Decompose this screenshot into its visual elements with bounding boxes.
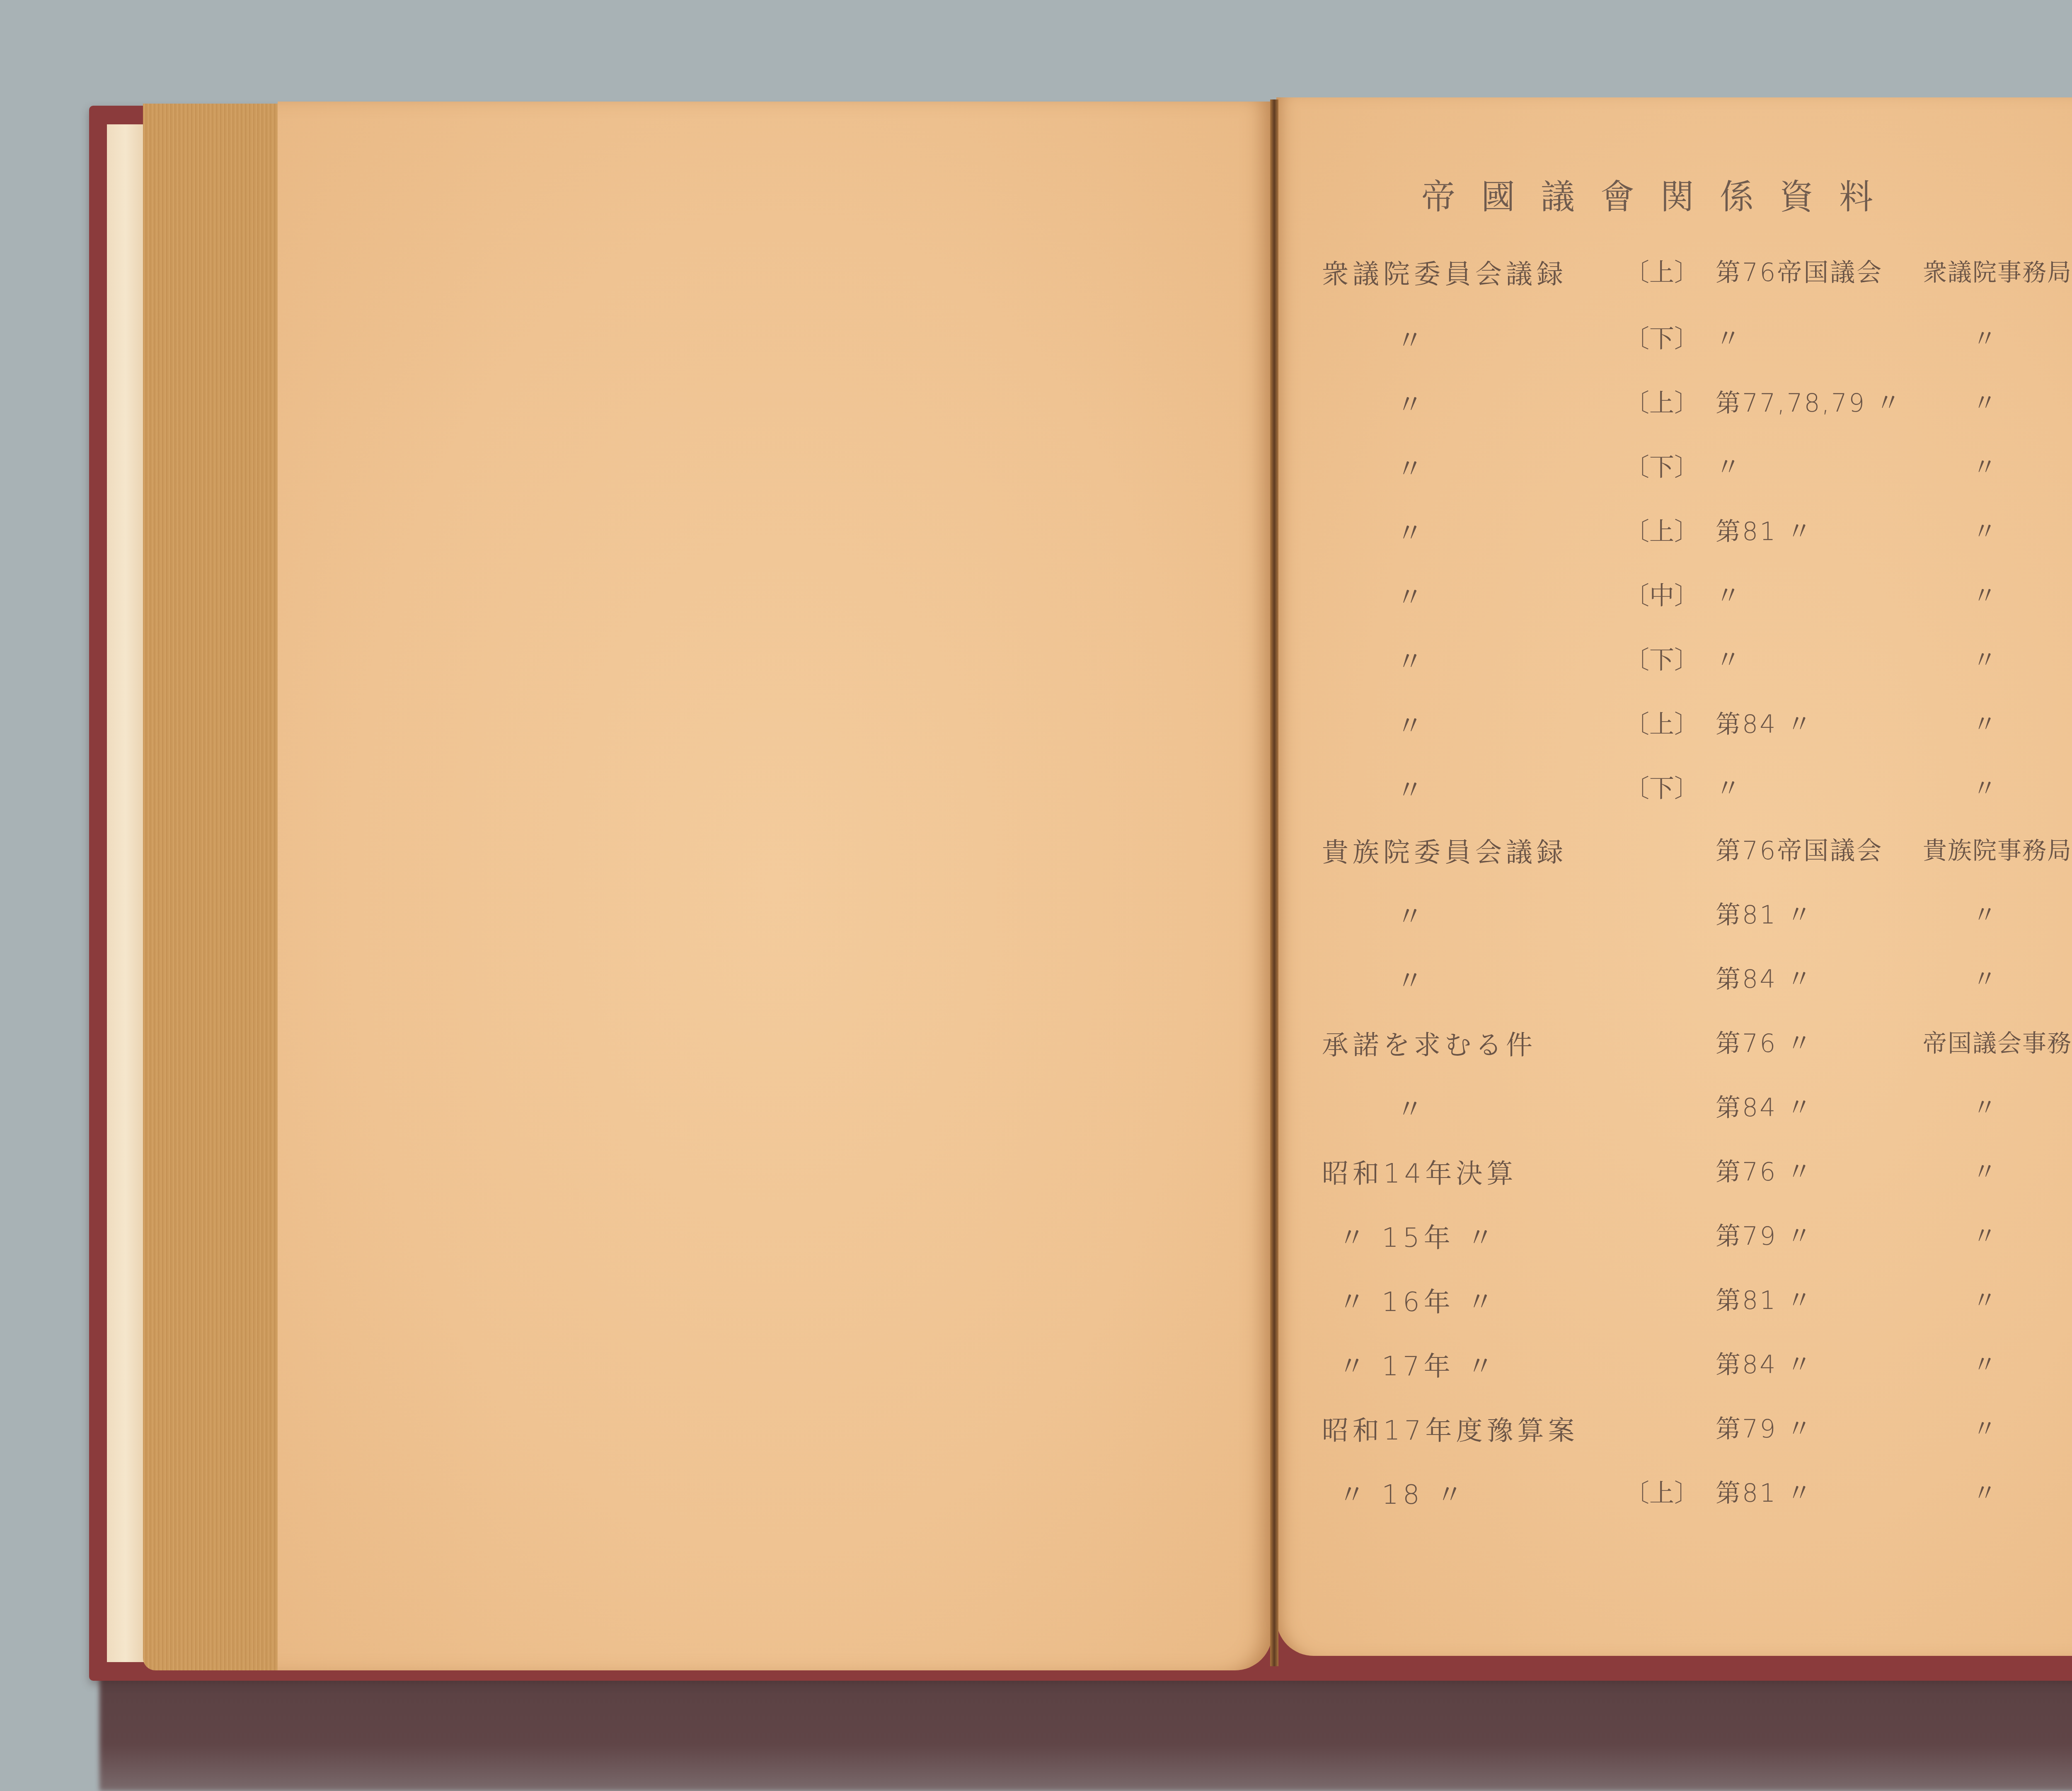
list-row: 〃 18 〃〔上〕第81 〃〃 — [0, 1474, 2072, 1519]
publisher-cell: 〃 — [1973, 1474, 1997, 1508]
publisher-cell: 〃 — [1973, 1217, 1997, 1251]
list-row: 〃〔上〕第77,78,79 〃〃 — [0, 383, 2072, 429]
session-cell: 第79 〃 — [1716, 1409, 1813, 1445]
publisher-cell: 〃 — [1973, 769, 1997, 804]
publisher-cell: 〃 — [1973, 640, 1997, 675]
session-cell: 〃 — [1716, 769, 1742, 805]
publisher-cell: 〃 — [1973, 1088, 1997, 1123]
document-title-cell: 〃 — [1397, 895, 1427, 933]
document-title-cell: 衆議院委員会議録 — [1322, 253, 1567, 291]
volume-cell: 〔下〕 — [1624, 769, 1699, 805]
list-row: 衆議院委員会議録〔上〕第76帝国議会衆議院事務局 — [0, 253, 2072, 298]
document-title-cell: 〃 — [1397, 448, 1427, 486]
publisher-cell: 帝国議会事務局 — [1923, 1024, 2072, 1059]
book-shadow — [99, 1675, 2072, 1791]
list-row: 貴族院委員会議録第76帝国議会貴族院事務局 — [0, 831, 2072, 877]
document-title-cell: 〃 — [1397, 383, 1427, 422]
volume-cell: 〔上〕 — [1624, 383, 1699, 419]
volume-cell: 〔下〕 — [1624, 640, 1699, 676]
publisher-cell: 〃 — [1973, 1409, 1997, 1444]
document-title-cell: 貴族院委員会議録 — [1322, 831, 1567, 869]
list-row: 〃 16年 〃第81 〃〃 — [0, 1281, 2072, 1326]
session-cell: 第81 〃 — [1716, 512, 1813, 548]
session-cell: 第81 〃 — [1716, 1281, 1813, 1316]
document-title-cell: 〃 15年 〃 — [1339, 1217, 1498, 1255]
list-row: 〃第81 〃〃 — [0, 895, 2072, 941]
list-row: 〃〔中〕〃〃 — [0, 576, 2072, 622]
publisher-cell: 〃 — [1973, 319, 1997, 354]
document-title-cell: 昭和14年決算 — [1322, 1152, 1517, 1190]
session-cell: 第81 〃 — [1716, 895, 1813, 931]
publisher-cell: 〃 — [1973, 1152, 1997, 1187]
session-cell: 第79 〃 — [1716, 1217, 1813, 1252]
document-title-cell: 承諾を求むる件 — [1322, 1024, 1537, 1062]
volume-cell: 〔下〕 — [1624, 319, 1699, 355]
document-title-cell: 〃 — [1397, 705, 1427, 743]
session-cell: 第76 〃 — [1716, 1152, 1813, 1188]
session-cell: 第84 〃 — [1716, 705, 1813, 740]
session-cell: 第84 〃 — [1716, 1088, 1813, 1124]
document-title-cell: 〃 — [1397, 319, 1427, 357]
session-cell: 第76帝国議会 — [1716, 253, 1883, 288]
list-row: 〃〔下〕〃〃 — [0, 640, 2072, 686]
document-title-cell: 〃 — [1397, 640, 1427, 679]
document-title-cell: 〃 16年 〃 — [1339, 1281, 1498, 1319]
list-row: 昭和14年決算第76 〃〃 — [0, 1152, 2072, 1198]
list-row: 昭和17年度豫算案第79 〃〃 — [0, 1409, 2072, 1455]
session-cell: 〃 — [1716, 448, 1742, 483]
publisher-cell: 〃 — [1973, 705, 1997, 739]
session-cell: 〃 — [1716, 640, 1742, 676]
list-row: 〃 17年 〃第84 〃〃 — [0, 1345, 2072, 1391]
volume-cell: 〔上〕 — [1624, 512, 1699, 548]
publisher-cell: 〃 — [1973, 448, 1997, 482]
document-title-cell: 昭和17年度豫算案 — [1322, 1409, 1578, 1447]
session-cell: 〃 — [1716, 319, 1742, 355]
document-title-cell: 〃 — [1397, 512, 1427, 550]
volume-cell: 〔上〕 — [1624, 1474, 1699, 1509]
session-cell: 第84 〃 — [1716, 960, 1813, 995]
page-title: 帝國議會関係資料 — [1421, 170, 1899, 218]
publisher-cell: 〃 — [1973, 895, 1997, 930]
publisher-cell: 〃 — [1973, 1345, 1997, 1380]
session-cell: 〃 — [1716, 576, 1742, 612]
document-title-cell: 〃 17年 〃 — [1339, 1345, 1498, 1383]
document-title-cell: 〃 — [1397, 576, 1427, 614]
session-cell: 第84 〃 — [1716, 1345, 1813, 1381]
list-row: 承諾を求むる件第76 〃帝国議会事務局 — [0, 1024, 2072, 1069]
publisher-cell: 〃 — [1973, 512, 1997, 547]
publisher-cell: 〃 — [1973, 576, 1997, 611]
document-title-cell: 〃 — [1397, 1088, 1427, 1126]
document-title-cell: 〃 — [1397, 769, 1427, 807]
session-cell: 第76 〃 — [1716, 1024, 1813, 1059]
publisher-cell: 〃 — [1973, 960, 1997, 994]
list-row: 〃第84 〃〃 — [0, 1088, 2072, 1134]
session-cell: 第81 〃 — [1716, 1474, 1813, 1509]
publisher-cell: 衆議院事務局 — [1923, 253, 2072, 288]
volume-cell: 〔下〕 — [1624, 448, 1699, 483]
list-row: 〃〔下〕〃〃 — [0, 769, 2072, 814]
publisher-cell: 〃 — [1973, 383, 1997, 418]
publisher-cell: 〃 — [1973, 1281, 1997, 1316]
list-row: 〃 15年 〃第79 〃〃 — [0, 1217, 2072, 1262]
list-row: 〃〔下〕〃〃 — [0, 448, 2072, 493]
document-title-cell: 〃 — [1397, 960, 1427, 998]
volume-cell: 〔上〕 — [1624, 253, 1699, 288]
volume-cell: 〔中〕 — [1624, 576, 1699, 612]
publisher-cell: 貴族院事務局 — [1923, 831, 2072, 866]
document-title-cell: 〃 18 〃 — [1339, 1474, 1467, 1512]
volume-cell: 〔上〕 — [1624, 705, 1699, 740]
list-row: 〃〔下〕〃〃 — [0, 319, 2072, 365]
list-row: 〃〔上〕第84 〃〃 — [0, 705, 2072, 750]
list-row: 〃第84 〃〃 — [0, 960, 2072, 1005]
list-row: 〃〔上〕第81 〃〃 — [0, 512, 2072, 557]
session-cell: 第77,78,79 〃 — [1716, 383, 1902, 419]
session-cell: 第76帝国議会 — [1716, 831, 1883, 867]
